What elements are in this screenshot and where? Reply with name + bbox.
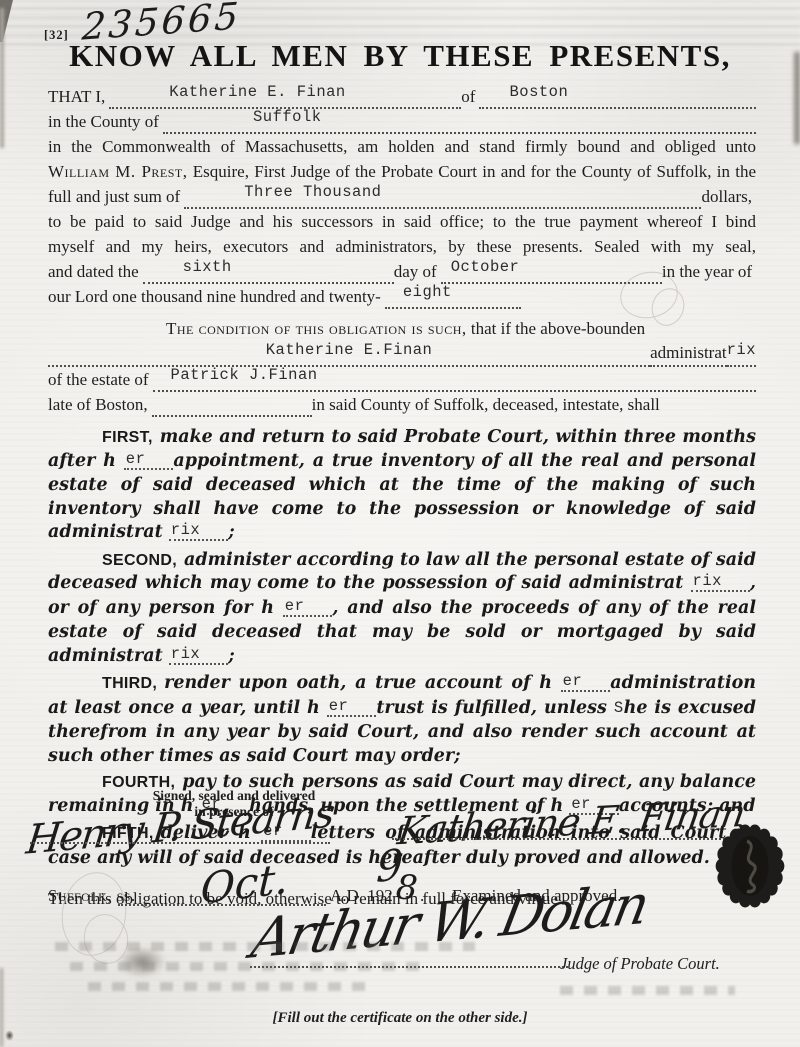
clause-text: ; [228, 522, 234, 542]
year-line: our Lord one thousand nine hundred and t… [48, 284, 756, 309]
day-of-label: day of [394, 260, 441, 284]
sum-blank: Three Thousand [184, 182, 701, 209]
bleed-through-artifact [88, 982, 368, 991]
estate-label: of the estate of [48, 368, 153, 392]
late-of-rest: in said County of Suffolk, deceased, int… [312, 393, 664, 417]
clause-text: ; [228, 646, 234, 666]
principal-signature: Katherine E. Finan [395, 791, 748, 854]
sum-label: full and just sum of [48, 185, 184, 209]
month-blank: October [441, 257, 662, 284]
dollars-label: dollars, [701, 185, 756, 209]
commonwealth-line: in the Commonwealth of Massachusetts, am… [48, 134, 756, 159]
document-title: KNOW ALL MEN BY THESE PRESENTS, [0, 38, 800, 74]
judge-title: Judge of Probate Court. [560, 954, 720, 974]
typed-insert: rix [169, 521, 228, 541]
execution-approval-area: Signed, sealed and delivered in presence… [0, 786, 800, 1047]
year-blank: eight [385, 282, 521, 309]
principal-line: THAT I, Katherine E. Finan of Boston [48, 84, 756, 109]
clause-label: SECOND, [102, 552, 184, 569]
of-label: of [461, 85, 479, 109]
late-of-line: late of Boston, in said County of Suffol… [48, 392, 756, 417]
judge-line: William M. Prest, Esquire, First Judge o… [48, 159, 756, 184]
sum-line: full and just sum of Three Thousand doll… [48, 184, 756, 209]
estate-line: of the estate of Patrick J.Finan [48, 367, 756, 392]
county-line: in the County of Suffolk [48, 109, 756, 134]
scanned-probate-bond-page: [32] 235665 KNOW ALL MEN BY THESE PRESEN… [0, 0, 800, 1047]
typed-insert: rix [691, 572, 750, 592]
county-label: in the County of [48, 110, 163, 134]
decedent-typed: Patrick J.Finan [171, 366, 318, 384]
residence-blank: Boston [479, 82, 756, 109]
condition-lead: The condition of this obligation is such… [166, 316, 756, 342]
clause: THIRD,render upon oath, a true account o… [48, 672, 756, 768]
condition-lead-rest: that if the above-bounden [471, 319, 645, 338]
role-printed: administrat [650, 341, 726, 367]
that-i-label: THAT I, [48, 85, 109, 109]
left-edge-artifact [0, 8, 4, 148]
footer-note: [Fill out the certificate on the other s… [0, 1010, 800, 1027]
principal-signature-line [392, 838, 744, 840]
decedent-blank: Patrick J.Finan [153, 365, 756, 392]
smudge-artifact [118, 946, 166, 978]
clause-text: render upon oath, a true account of h [164, 673, 552, 693]
condition-smallcaps: The condition of this obligation is such… [166, 319, 467, 338]
bleed-through-artifact [560, 986, 735, 995]
embossed-seal-icon [714, 822, 786, 910]
principal-name-blank: Katherine E. Finan [109, 82, 461, 109]
sum-typed: Three Thousand [244, 183, 381, 201]
typed-insert: er [283, 597, 333, 617]
heirs-line: myself and my heirs, executors and admin… [48, 234, 756, 259]
payment-line: to be paid to said Judge and his success… [48, 209, 756, 234]
clause: SECOND,administer according to law all t… [48, 549, 756, 670]
bounden-name-typed: Katherine E.Finan [266, 341, 433, 359]
late-of-label: late of Boston, [48, 393, 152, 417]
bleed-through-artifact [55, 942, 475, 951]
witness-signature-line [30, 842, 330, 844]
principal-name-typed: Katherine E. Finan [169, 83, 345, 101]
dated-label: and dated the [48, 260, 143, 284]
clause-label: THIRD, [102, 675, 164, 692]
bounden-line: Katherine E.Finan administrat rix [48, 342, 756, 367]
venue-label: Suffolk, ss. [48, 886, 136, 906]
typed-insert: er [561, 672, 611, 692]
dated-line: and dated the sixth day of October in th… [48, 259, 756, 284]
clause-text: trust is fulfilled, unless [376, 698, 607, 718]
day-blank: sixth [143, 257, 394, 284]
judge-name: William M. Prest, [48, 162, 188, 181]
late-of-blank [152, 415, 312, 417]
clause: FIRST,make and return to said Probate Co… [48, 426, 756, 546]
bounden-name-blank: Katherine E.Finan [48, 340, 650, 367]
judge-line-rest: Esquire, First Judge of the Probate Cour… [193, 162, 756, 181]
residence-typed: Boston [509, 83, 568, 101]
in-year-of-label: in the year of [662, 260, 756, 284]
typed-insert: rix [169, 645, 228, 665]
county-blank: Suffolk [163, 107, 756, 134]
typed-insert: S [614, 699, 624, 717]
county-typed: Suffolk [253, 108, 322, 126]
year-typed: eight [403, 283, 452, 301]
month-typed: October [451, 258, 520, 276]
typed-insert: er [124, 450, 174, 470]
day-typed: sixth [183, 258, 232, 276]
typed-insert: er [327, 697, 377, 717]
clause-label: FIRST, [102, 429, 160, 446]
year-words: our Lord one thousand nine hundred and t… [48, 285, 385, 309]
role-typed: rix [727, 341, 756, 359]
role-blank: rix [727, 340, 756, 367]
